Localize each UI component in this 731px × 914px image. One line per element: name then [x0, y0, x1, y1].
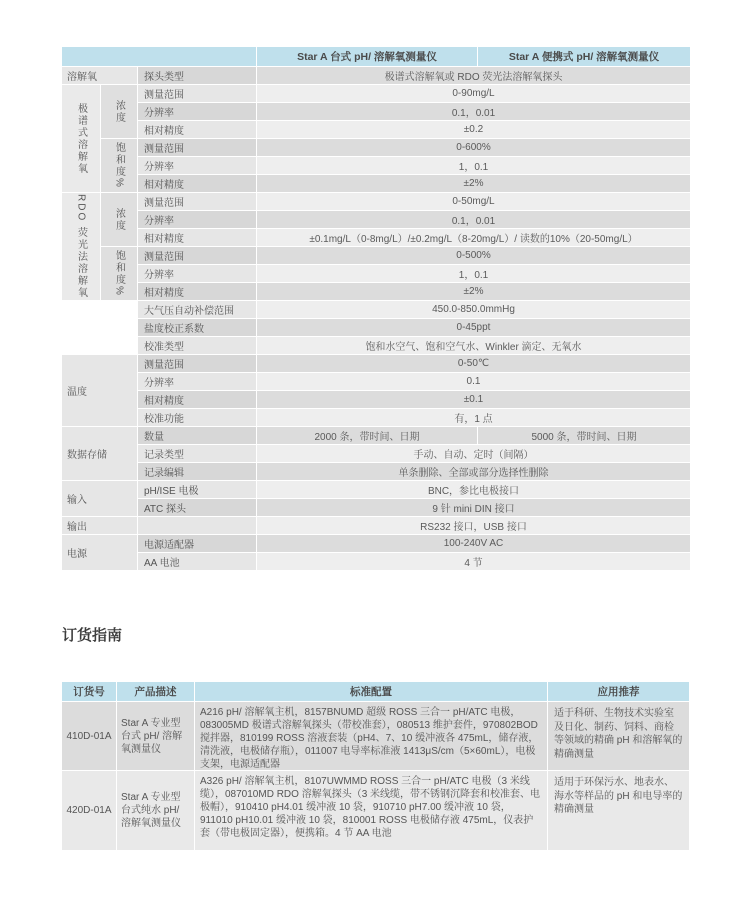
spec-label: AA 电池	[138, 553, 256, 570]
order-guide-title: 订货指南	[62, 624, 122, 645]
spec-value: 9 针 mini DIN 接口	[257, 499, 690, 516]
spec-header-blank	[62, 47, 256, 66]
spec-value: 0.1	[257, 373, 690, 390]
group-dissolved-oxygen: 溶解氧	[62, 67, 137, 84]
spec-value-desktop: 2000 条，带时间、日期	[257, 427, 477, 444]
order-header-code: 订货号	[62, 682, 116, 701]
spec-label: 分辨率	[138, 373, 256, 390]
group-polarographic-do: 极谱式溶解氧	[62, 85, 100, 192]
spec-label: 测量范围	[138, 139, 256, 156]
order-header-recommend: 应用推荐	[548, 682, 689, 701]
spec-value: 有，1 点	[257, 409, 690, 426]
spec-value: 饱和水空气、饱和空气水、Winkler 滴定、无氧水	[257, 337, 690, 354]
subgroup-saturation: 饱和度%	[101, 247, 137, 300]
spec-value: 单条删除、全部或部分选择性删除	[257, 463, 690, 480]
spec-label: 电源适配器	[138, 535, 256, 552]
spec-label: 相对精度	[138, 229, 256, 246]
spec-label: 分辨率	[138, 157, 256, 174]
group-data-storage: 数据存储	[62, 427, 137, 480]
order-product: Star A 专业型台式 pH/ 溶解氧测量仪	[117, 702, 194, 770]
spec-label: 分辨率	[138, 265, 256, 282]
order-header-product: 产品描述	[117, 682, 194, 701]
order-product: Star A 专业型台式纯水 pH/ 溶解氧测量仪	[117, 771, 194, 850]
spec-value-portable: 5000 条，带时间、日期	[478, 427, 690, 444]
group-input: 输入	[62, 481, 137, 516]
spec-value: 0-90mg/L	[257, 85, 690, 102]
spec-label: 大气压自动补偿范围	[138, 301, 256, 318]
spec-label: 数量	[138, 427, 256, 444]
spec-label: 测量范围	[138, 85, 256, 102]
spec-value: 0-50℃	[257, 355, 690, 372]
spec-label: 相对精度	[138, 391, 256, 408]
spec-value: 0-45ppt	[257, 319, 690, 336]
spec-label: 记录类型	[138, 445, 256, 462]
spec-label: 校准类型	[138, 337, 256, 354]
group-output: 输出	[62, 517, 137, 534]
spec-label: pH/ISE 电极	[138, 481, 256, 498]
spec-value: RS232 接口，USB 接口	[257, 517, 690, 534]
spec-value: ±0.1mg/L（0-8mg/L）/±0.2mg/L（8-20mg/L）/ 读数…	[257, 229, 690, 246]
group-temperature: 温度	[62, 355, 137, 426]
subgroup-saturation: 饱和度%	[101, 139, 137, 192]
spec-label: 盐度校正系数	[138, 319, 256, 336]
spec-value: 极谱式溶解氧或 RDO 荧光法溶解氧探头	[257, 67, 690, 84]
spec-value: ±0.2	[257, 121, 690, 138]
spec-label: ATC 探头	[138, 499, 256, 516]
subgroup-concentration: 浓度	[101, 85, 137, 138]
spec-label-empty	[138, 517, 256, 534]
order-config: A326 pH/ 溶解氧主机，8107UWMMD ROSS 三合一 pH/ATC…	[195, 771, 547, 850]
spec-value: 0.1，0.01	[257, 103, 690, 120]
spec-label: 分辨率	[138, 103, 256, 120]
spec-label: 测量范围	[138, 355, 256, 372]
order-guide-table: 订货号 产品描述 标准配置 应用推荐 410D-01A Star A 专业型台式…	[62, 682, 689, 850]
spec-label: 记录编辑	[138, 463, 256, 480]
order-config: A216 pH/ 溶解氧主机，8157BNUMD 超级 ROSS 三合一 pH/…	[195, 702, 547, 770]
spec-value: 手动、自动、定时（间隔）	[257, 445, 690, 462]
order-header-config: 标准配置	[195, 682, 547, 701]
spec-label: 相对精度	[138, 121, 256, 138]
spec-label: 测量范围	[138, 193, 256, 210]
spec-value: 1，0.1	[257, 157, 690, 174]
spec-header-portable: Star A 便携式 pH/ 溶解氧测量仪	[478, 47, 690, 66]
order-recommend: 适用于环保污水、地表水、海水等样品的 pH 和电导率的精确测量	[548, 771, 689, 850]
spec-value: BNC，参比电极接口	[257, 481, 690, 498]
spec-value: ±2%	[257, 283, 690, 300]
spec-label: 探头类型	[138, 67, 256, 84]
spec-value: ±0.1	[257, 391, 690, 408]
spec-value: 0-50mg/L	[257, 193, 690, 210]
spec-label: 相对精度	[138, 283, 256, 300]
spec-value: 0-600%	[257, 139, 690, 156]
spec-value: 0-500%	[257, 247, 690, 264]
spec-value: 1，0.1	[257, 265, 690, 282]
spec-value: ±2%	[257, 175, 690, 192]
group-power: 电源	[62, 535, 137, 570]
order-recommend: 适于科研、生物技术实验室及日化、制药、饲料、商检等领域的精确 pH 和溶解氧的精…	[548, 702, 689, 770]
spec-value: 450.0-850.0mmHg	[257, 301, 690, 318]
subgroup-concentration: 浓度	[101, 193, 137, 246]
spec-value: 4 节	[257, 553, 690, 570]
spec-value: 100-240V AC	[257, 535, 690, 552]
spec-table: Star A 台式 pH/ 溶解氧测量仪 Star A 便携式 pH/ 溶解氧测…	[62, 47, 690, 570]
spec-label: 相对精度	[138, 175, 256, 192]
order-code: 410D-01A	[62, 702, 116, 770]
spec-label: 测量范围	[138, 247, 256, 264]
order-code: 420D-01A	[62, 771, 116, 850]
group-rdo-do: RDO 荧光法溶解氧	[62, 193, 100, 300]
spec-header-desktop: Star A 台式 pH/ 溶解氧测量仪	[257, 47, 477, 66]
spec-label: 分辨率	[138, 211, 256, 228]
spec-label: 校准功能	[138, 409, 256, 426]
spec-value: 0.1，0.01	[257, 211, 690, 228]
